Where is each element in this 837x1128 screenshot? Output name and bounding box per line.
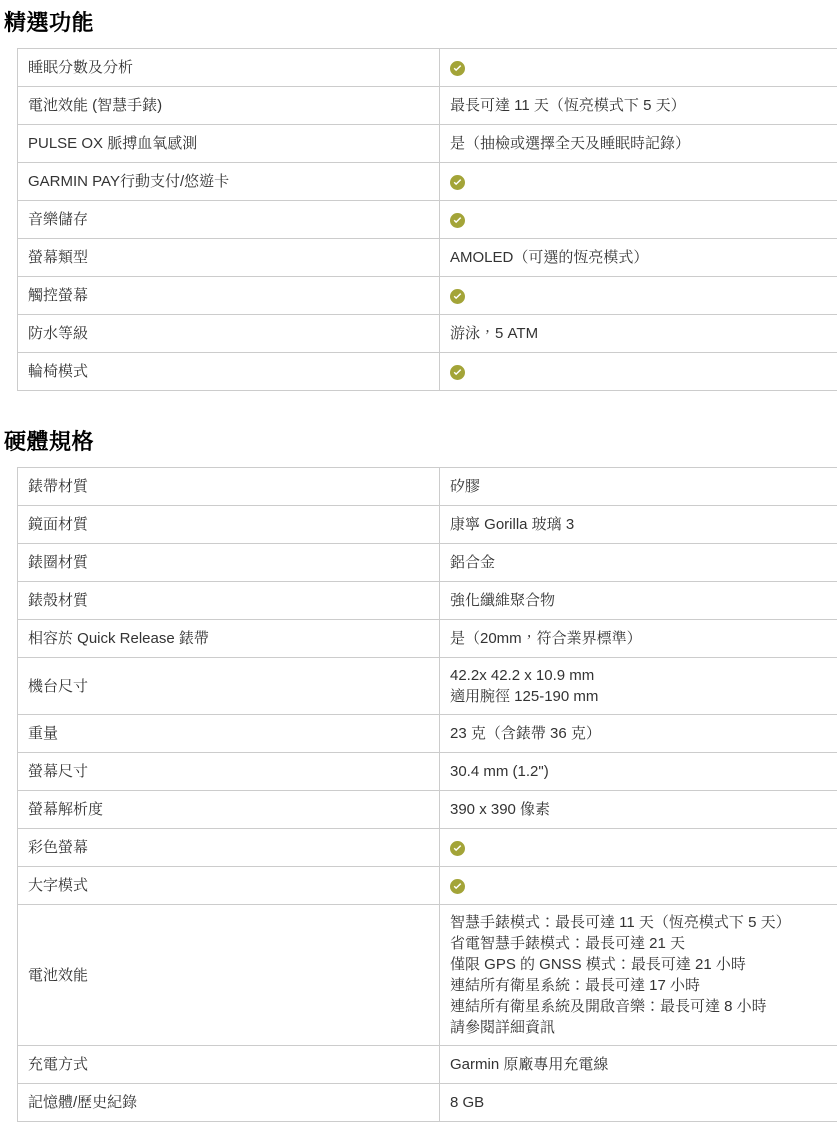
section-title-featured-functions: 精選功能 (4, 6, 828, 37)
spec-value-line: 適用腕徑 125-190 mm (450, 686, 837, 707)
table-row: 大字模式 (18, 867, 837, 905)
spec-label: PULSE OX 脈搏血氧感測 (18, 125, 440, 163)
table-row: 機台尺寸42.2x 42.2 x 10.9 mm適用腕徑 125-190 mm (18, 658, 837, 715)
check-icon (450, 61, 465, 76)
table-row: 睡眠分數及分析 (18, 49, 837, 87)
spec-label: 錶圈材質 (18, 544, 440, 582)
spec-value-line: 最長可達 11 天（恆亮模式下 5 天） (450, 95, 837, 116)
table-row: 螢幕類型AMOLED（可選的恆亮模式） (18, 239, 837, 277)
spec-page: 精選功能 睡眠分數及分析電池效能 (智慧手錶)最長可達 11 天（恆亮模式下 5… (0, 0, 837, 1128)
spec-value: 是（抽檢或選擇全天及睡眠時記錄） (440, 125, 837, 163)
spec-label: 螢幕解析度 (18, 791, 440, 829)
spec-label: 音樂儲存 (18, 201, 440, 239)
table-row: 觸控螢幕 (18, 277, 837, 315)
table-row: PULSE OX 脈搏血氧感測是（抽檢或選擇全天及睡眠時記錄） (18, 125, 837, 163)
spec-label: 記憶體/歷史紀錄 (18, 1084, 440, 1122)
spec-value-line: 矽膠 (450, 476, 837, 497)
spec-value: Garmin 原廠專用充電線 (440, 1046, 837, 1084)
spec-value-line: 是（抽檢或選擇全天及睡眠時記錄） (450, 133, 837, 154)
spec-value-line: AMOLED（可選的恆亮模式） (450, 247, 837, 268)
spec-value: 8 GB (440, 1084, 837, 1122)
table-row: 彩色螢幕 (18, 829, 837, 867)
spec-label: 大字模式 (18, 867, 440, 905)
spec-value: 最長可達 11 天（恆亮模式下 5 天） (440, 87, 837, 125)
section-title-hardware-specs: 硬體規格 (4, 425, 828, 456)
spec-value (440, 829, 837, 867)
table-row: 鏡面材質康寧 Gorilla 玻璃 3 (18, 506, 837, 544)
check-icon (450, 879, 465, 894)
spec-value: 鋁合金 (440, 544, 837, 582)
spec-value-line: 康寧 Gorilla 玻璃 3 (450, 514, 837, 535)
spec-value: 23 克（含錶帶 36 克） (440, 715, 837, 753)
table-row: 錶圈材質鋁合金 (18, 544, 837, 582)
spec-label: 彩色螢幕 (18, 829, 440, 867)
spec-value-line: 42.2x 42.2 x 10.9 mm (450, 665, 837, 686)
spec-value-line: 游泳，5 ATM (450, 323, 837, 344)
table-row: 電池效能智慧手錶模式：最長可達 11 天（恆亮模式下 5 天）省電智慧手錶模式：… (18, 905, 837, 1046)
spec-value: 390 x 390 像素 (440, 791, 837, 829)
table-row: 電池效能 (智慧手錶)最長可達 11 天（恆亮模式下 5 天） (18, 87, 837, 125)
spec-value: 強化纖維聚合物 (440, 582, 837, 620)
hardware-specs-table: 錶帶材質矽膠鏡面材質康寧 Gorilla 玻璃 3錶圈材質鋁合金錶殼材質強化纖維… (17, 467, 837, 1122)
spec-value-line: 強化纖維聚合物 (450, 590, 837, 611)
spec-value: 是（20mm，符合業界標準） (440, 620, 837, 658)
spec-label: 螢幕類型 (18, 239, 440, 277)
spec-value (440, 49, 837, 87)
spec-value-line: Garmin 原廠專用充電線 (450, 1054, 837, 1075)
spec-label: 睡眠分數及分析 (18, 49, 440, 87)
featured-functions-table: 睡眠分數及分析電池效能 (智慧手錶)最長可達 11 天（恆亮模式下 5 天）PU… (17, 48, 837, 391)
spec-label: 輪椅模式 (18, 353, 440, 391)
spec-label: 觸控螢幕 (18, 277, 440, 315)
spec-value-line: 請參閱詳細資訊 (450, 1017, 837, 1038)
spec-label: 鏡面材質 (18, 506, 440, 544)
table-row: 螢幕解析度390 x 390 像素 (18, 791, 837, 829)
spec-value: 游泳，5 ATM (440, 315, 837, 353)
spec-value-line: 30.4 mm (1.2") (450, 761, 837, 782)
spec-label: 機台尺寸 (18, 658, 440, 715)
spec-value-line: 省電智慧手錶模式：最長可達 21 天 (450, 933, 837, 954)
table-row: 記憶體/歷史紀錄8 GB (18, 1084, 837, 1122)
spec-value-line: 僅限 GPS 的 GNSS 模式：最長可達 21 小時 (450, 954, 837, 975)
spec-value: 30.4 mm (1.2") (440, 753, 837, 791)
spec-label: 錶帶材質 (18, 468, 440, 506)
featured-functions-table-body: 睡眠分數及分析電池效能 (智慧手錶)最長可達 11 天（恆亮模式下 5 天）PU… (18, 49, 837, 391)
table-row: 錶帶材質矽膠 (18, 468, 837, 506)
spec-label: 電池效能 (智慧手錶) (18, 87, 440, 125)
table-row: 螢幕尺寸30.4 mm (1.2") (18, 753, 837, 791)
table-row: 充電方式Garmin 原廠專用充電線 (18, 1046, 837, 1084)
spec-label: 螢幕尺寸 (18, 753, 440, 791)
spec-label: 防水等級 (18, 315, 440, 353)
check-icon (450, 289, 465, 304)
spec-label: 相容於 Quick Release 錶帶 (18, 620, 440, 658)
spec-value-line: 連結所有衛星系統：最長可達 17 小時 (450, 975, 837, 996)
spec-value-line: 23 克（含錶帶 36 克） (450, 723, 837, 744)
spec-label: 錶殼材質 (18, 582, 440, 620)
table-row: 錶殼材質強化纖維聚合物 (18, 582, 837, 620)
spec-label: 重量 (18, 715, 440, 753)
spec-value-line: 智慧手錶模式：最長可達 11 天（恆亮模式下 5 天） (450, 912, 837, 933)
spec-label: GARMIN PAY行動支付/悠遊卡 (18, 163, 440, 201)
spec-value (440, 353, 837, 391)
spec-value (440, 163, 837, 201)
check-icon (450, 365, 465, 380)
spec-value: 矽膠 (440, 468, 837, 506)
check-icon (450, 213, 465, 228)
spec-label: 充電方式 (18, 1046, 440, 1084)
spec-value (440, 277, 837, 315)
check-icon (450, 175, 465, 190)
spec-value-line: 8 GB (450, 1092, 837, 1113)
spec-value: AMOLED（可選的恆亮模式） (440, 239, 837, 277)
spec-value-line: 390 x 390 像素 (450, 799, 837, 820)
check-icon (450, 841, 465, 856)
hardware-specs-table-body: 錶帶材質矽膠鏡面材質康寧 Gorilla 玻璃 3錶圈材質鋁合金錶殼材質強化纖維… (18, 468, 837, 1122)
table-row: 重量23 克（含錶帶 36 克） (18, 715, 837, 753)
table-row: 防水等級游泳，5 ATM (18, 315, 837, 353)
table-row: 音樂儲存 (18, 201, 837, 239)
spec-label: 電池效能 (18, 905, 440, 1046)
featured-functions-section: 精選功能 睡眠分數及分析電池效能 (智慧手錶)最長可達 11 天（恆亮模式下 5… (4, 6, 828, 391)
table-row: GARMIN PAY行動支付/悠遊卡 (18, 163, 837, 201)
table-row: 相容於 Quick Release 錶帶是（20mm，符合業界標準） (18, 620, 837, 658)
spec-value (440, 867, 837, 905)
spec-value (440, 201, 837, 239)
spec-value: 康寧 Gorilla 玻璃 3 (440, 506, 837, 544)
hardware-specs-section: 硬體規格 錶帶材質矽膠鏡面材質康寧 Gorilla 玻璃 3錶圈材質鋁合金錶殼材… (4, 425, 828, 1122)
spec-value-line: 是（20mm，符合業界標準） (450, 628, 837, 649)
spec-value: 42.2x 42.2 x 10.9 mm適用腕徑 125-190 mm (440, 658, 837, 715)
spec-value: 智慧手錶模式：最長可達 11 天（恆亮模式下 5 天）省電智慧手錶模式：最長可達… (440, 905, 837, 1046)
table-row: 輪椅模式 (18, 353, 837, 391)
spec-value-line: 鋁合金 (450, 552, 837, 573)
spec-value-line: 連結所有衛星系統及開啟音樂：最長可達 8 小時 (450, 996, 837, 1017)
